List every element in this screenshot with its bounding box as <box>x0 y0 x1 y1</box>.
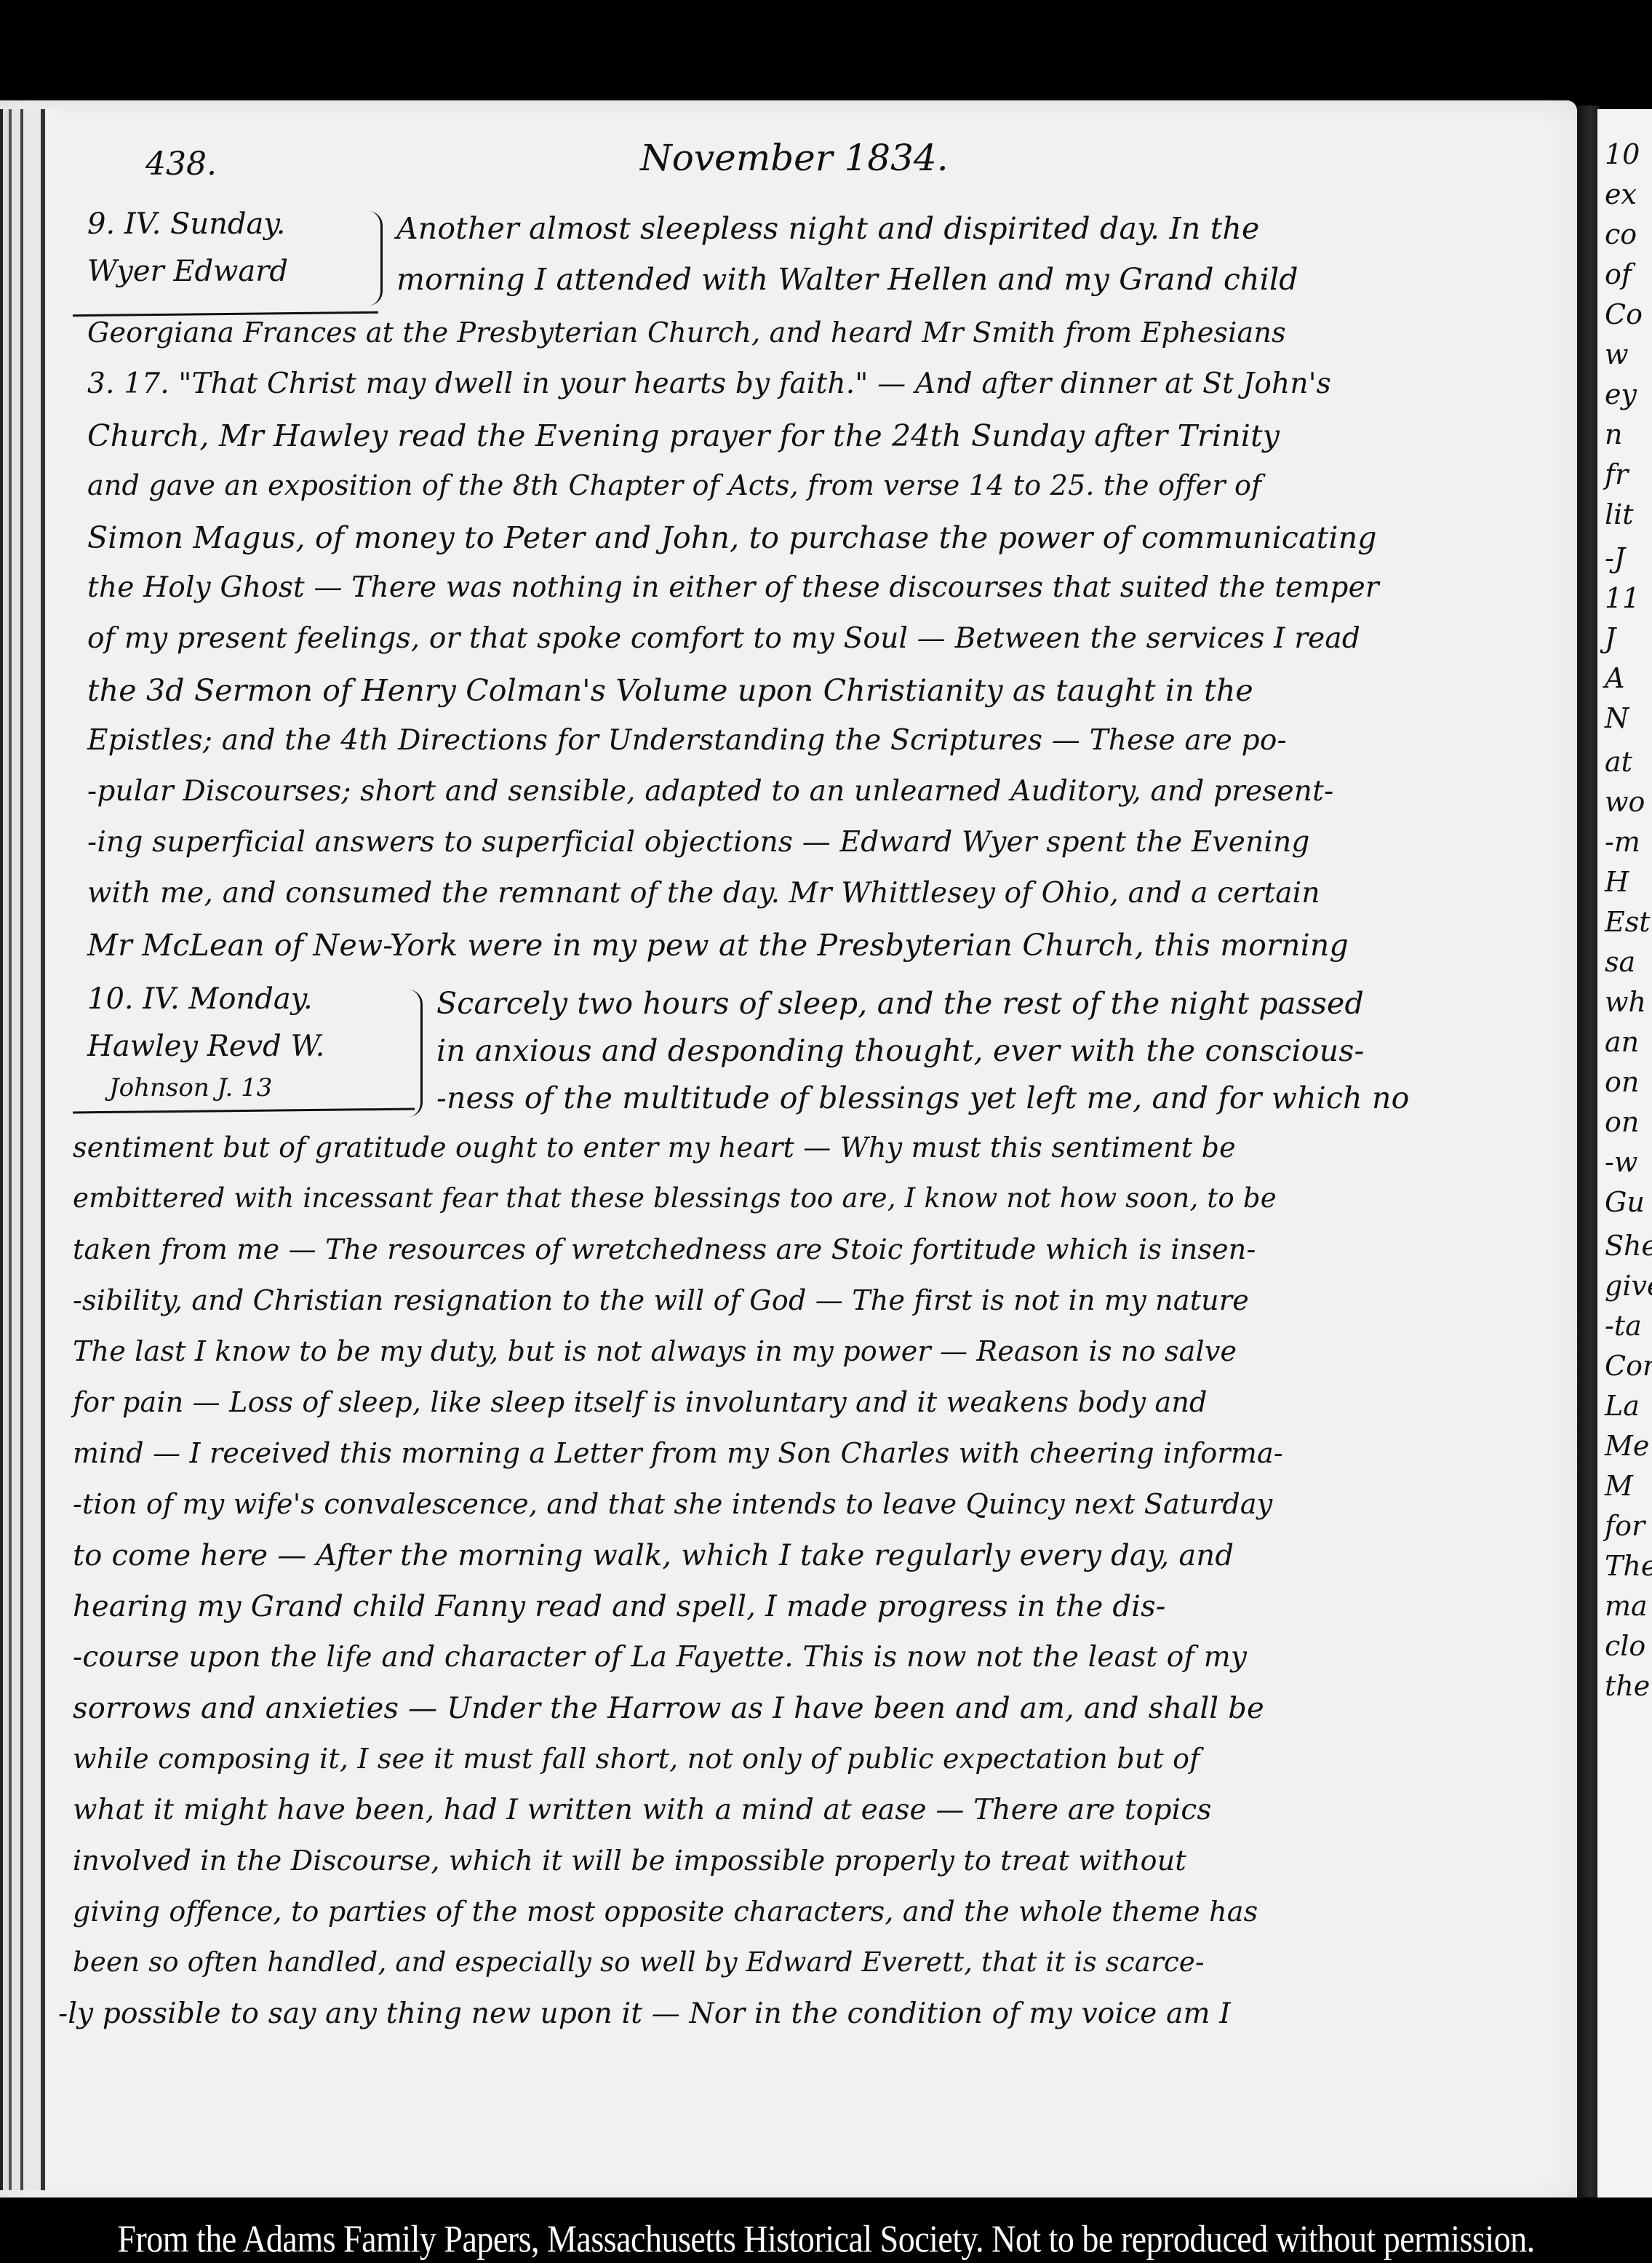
adjacent-page-fragment: Co <box>1605 298 1643 330</box>
adjacent-page-fragment: on <box>1605 1066 1639 1098</box>
adjacent-page-fragment: Est <box>1605 906 1651 938</box>
adjacent-page-fragment: She <box>1605 1230 1652 1262</box>
journal-line: and gave an exposition of the 8th Chapte… <box>87 469 1261 501</box>
adjacent-page-fragment: 11 <box>1605 582 1640 614</box>
adjacent-page-fragment: on <box>1605 1106 1639 1138</box>
journal-line: -pular Discourses; short and sensible, a… <box>87 775 1333 808</box>
journal-line: -course upon the life and character of L… <box>73 1641 1247 1674</box>
page-number: 438. <box>145 146 217 183</box>
journal-line: to come here — After the morning walk, w… <box>73 1539 1234 1572</box>
margin-brace <box>407 990 423 1117</box>
adjacent-page-fragment: -m <box>1605 826 1640 858</box>
adjacent-page-fragment: Gu <box>1605 1186 1645 1218</box>
adjacent-page-fragment: an <box>1605 1026 1639 1058</box>
journal-line: mind — I received this morning a Letter … <box>73 1437 1283 1469</box>
journal-line: of my present feelings, or that spoke co… <box>87 622 1360 655</box>
journal-line: -tion of my wife's convalescence, and th… <box>73 1488 1272 1520</box>
book-gutter <box>1577 106 1599 2205</box>
adjacent-page-fragment: J <box>1605 622 1616 654</box>
journal-line: the 3d Sermon of Henry Colman's Volume u… <box>87 673 1253 708</box>
journal-line: Scarcely two hours of sleep, and the res… <box>436 986 1364 1021</box>
journal-line: Epistles; and the 4th Directions for Und… <box>87 724 1287 757</box>
adjacent-page-fragment: w <box>1605 338 1629 370</box>
adjacent-page-fragment: 10 <box>1605 138 1640 170</box>
adjacent-page-fragment: Cor <box>1605 1350 1652 1382</box>
journal-line: involved in the Discourse, which it will… <box>73 1845 1186 1877</box>
journal-line: 3. 17. "That Christ may dwell in your he… <box>87 367 1331 400</box>
journal-line: -ly possible to say any thing new upon i… <box>58 1997 1231 2030</box>
adjacent-page-fragment: ex <box>1605 178 1637 210</box>
margin-note: Johnson J. 13 <box>109 1073 272 1102</box>
journal-line: Church, Mr Hawley read the Evening praye… <box>87 418 1280 453</box>
page-edge-stack <box>0 109 58 2190</box>
journal-line: for pain — Loss of sleep, like sleep its… <box>73 1386 1208 1418</box>
journal-line: -sibility, and Christian resignation to … <box>73 1284 1249 1316</box>
adjacent-page-fragment: ma <box>1605 1590 1648 1622</box>
adjacent-page-fragment: A <box>1605 662 1624 694</box>
journal-line: sentiment but of gratitude ought to ente… <box>73 1131 1236 1164</box>
adjacent-page-fragment: wh <box>1605 986 1646 1018</box>
margin-note: Hawley Revd W. <box>87 1030 324 1063</box>
adjacent-page-fragment: co <box>1605 218 1637 250</box>
journal-line: taken from me — The resources of wretche… <box>73 1233 1256 1265</box>
journal-line: sorrows and anxieties — Under the Harrow… <box>73 1692 1264 1725</box>
month-header: November 1834. <box>640 137 949 179</box>
journal-line: Mr McLean of New-York were in my pew at … <box>87 928 1349 963</box>
journal-line: -ness of the multitude of blessings yet … <box>436 1081 1409 1115</box>
journal-line: giving offence, to parties of the most o… <box>73 1896 1258 1928</box>
adjacent-page-fragment: ey <box>1605 378 1637 410</box>
entry-date: 10. IV. Monday. <box>87 982 313 1016</box>
journal-line: hearing my Grand child Fanny read and sp… <box>73 1590 1166 1623</box>
journal-line: Georgiana Frances at the Presbyterian Ch… <box>87 317 1286 349</box>
journal-line: embittered with incessant fear that thes… <box>73 1182 1277 1214</box>
journal-line: The last I know to be my duty, but is no… <box>73 1335 1237 1367</box>
margin-note: Wyer Edward <box>87 255 288 288</box>
adjacent-page-fragment: -w <box>1605 1146 1637 1178</box>
journal-line: -ing superficial answers to superficial … <box>87 826 1310 859</box>
adjacent-page-fragment: of <box>1605 258 1632 290</box>
copyright-credit: From the Adams Family Papers, Massachuse… <box>0 2216 1652 2261</box>
journal-line: been so often handled, and especially so… <box>73 1946 1205 1978</box>
adjacent-page-fragment: sa <box>1605 946 1635 978</box>
adjacent-page-edge: 10 ex co of Co w ey n fr lit -J 11 J A N… <box>1597 109 1652 2205</box>
margin-brace <box>367 211 383 306</box>
journal-line: the Holy Ghost — There was nothing in ei… <box>87 571 1379 604</box>
journal-line: what it might have been, had I written w… <box>73 1794 1212 1826</box>
adjacent-page-fragment: lit <box>1605 498 1634 530</box>
journal-line: in anxious and desponding thought, ever … <box>436 1033 1365 1068</box>
journal-line: Another almost sleepless night and dispi… <box>396 211 1260 246</box>
adjacent-page-fragment: H <box>1605 866 1629 898</box>
adjacent-page-fragment: The <box>1605 1550 1652 1582</box>
journal-line: Simon Magus, of money to Peter and John,… <box>87 520 1377 555</box>
adjacent-page-fragment: Me <box>1605 1430 1649 1462</box>
journal-line: morning I attended with Walter Hellen an… <box>396 262 1298 297</box>
scan-top-border <box>0 0 1652 102</box>
adjacent-page-fragment: at <box>1605 746 1632 778</box>
entry-date: 9. IV. Sunday. <box>87 207 285 241</box>
journal-line: while composing it, I see it must fall s… <box>73 1743 1200 1775</box>
adjacent-page-fragment: clo <box>1605 1630 1645 1662</box>
adjacent-page-fragment: N <box>1605 702 1629 734</box>
adjacent-page-fragment: the <box>1605 1670 1650 1702</box>
adjacent-page-fragment: -ta <box>1605 1310 1642 1342</box>
adjacent-page-fragment: for <box>1605 1510 1645 1542</box>
adjacent-page-fragment: fr <box>1605 458 1628 490</box>
adjacent-page-fragment: M <box>1605 1470 1633 1502</box>
adjacent-page-fragment: La <box>1605 1390 1640 1422</box>
journal-line: with me, and consumed the remnant of the… <box>87 877 1320 910</box>
adjacent-page-fragment: wo <box>1605 786 1645 818</box>
adjacent-page-fragment: n <box>1605 418 1622 450</box>
adjacent-page-fragment: give <box>1605 1270 1652 1302</box>
adjacent-page-fragment: -J <box>1605 542 1625 574</box>
